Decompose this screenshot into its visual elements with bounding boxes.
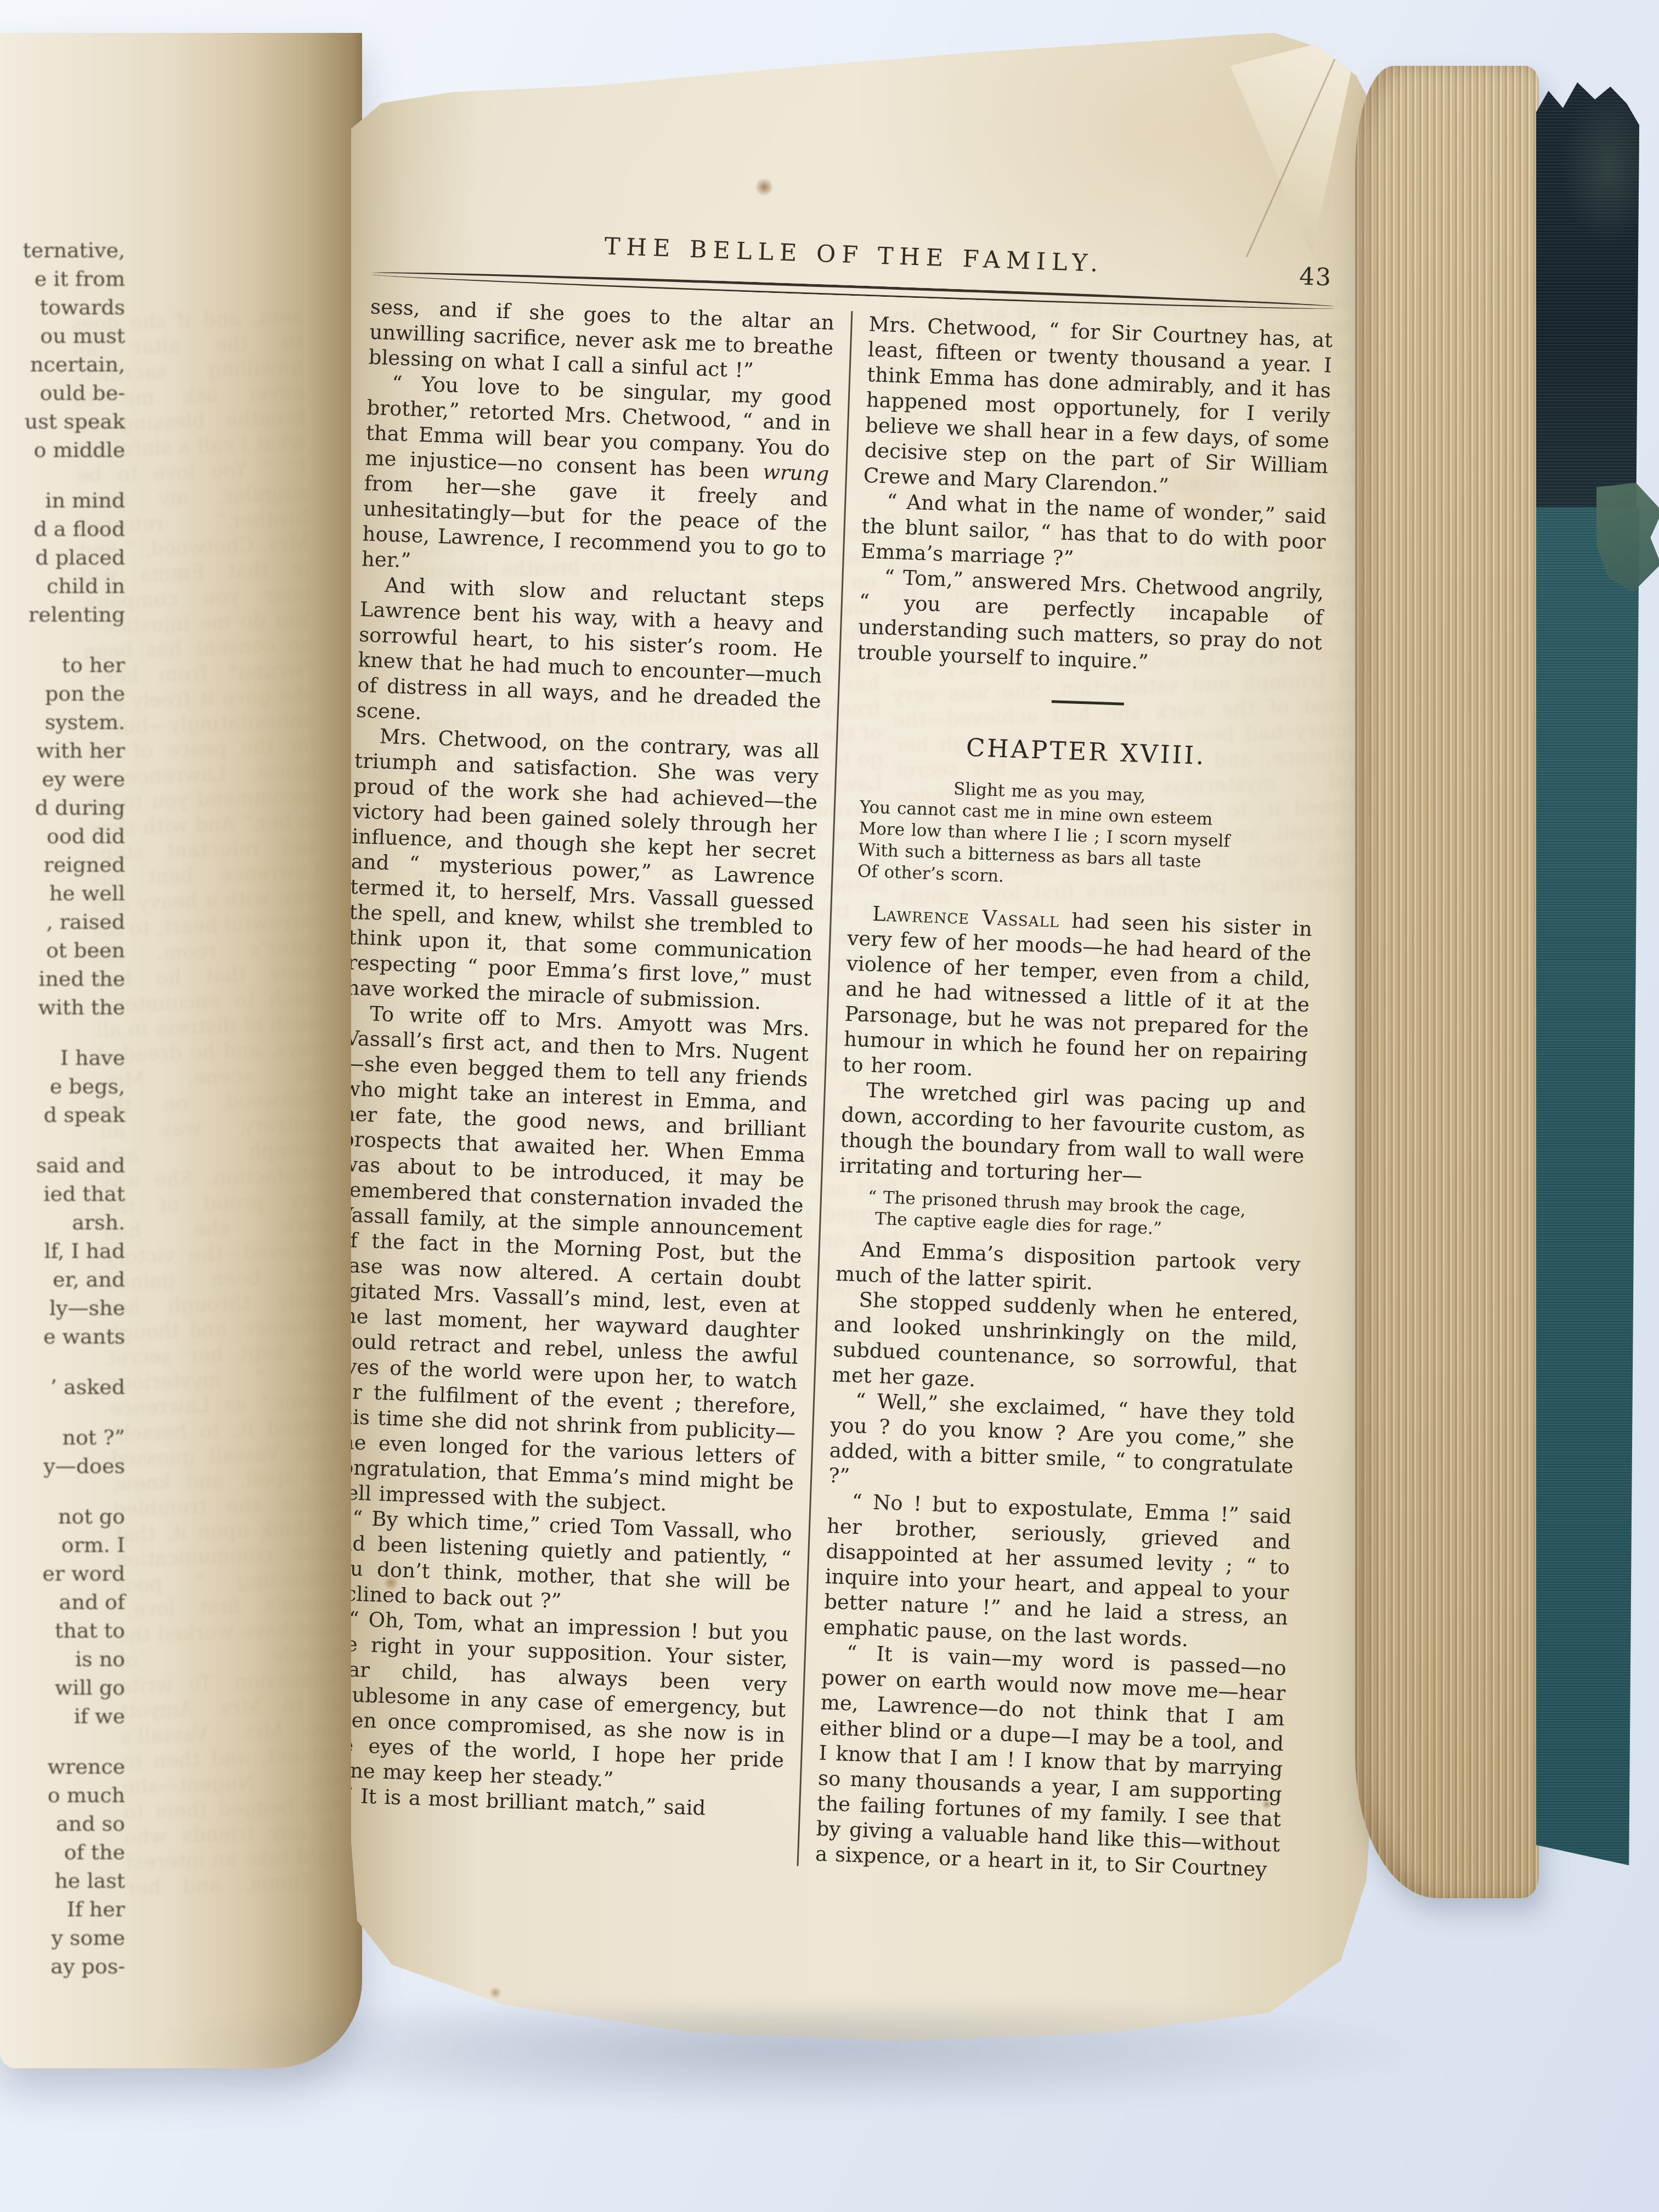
fragment-line: d during <box>0 793 125 822</box>
paragraph: “ Well,” she exclaimed, “ have they told… <box>828 1387 1296 1504</box>
fragment-gap <box>0 1480 125 1502</box>
paragraph: And with slow and reluctant steps Lawren… <box>356 572 825 739</box>
fragment-line: child in <box>0 572 125 600</box>
fragment-line: he last <box>0 1866 125 1895</box>
paragraph: “ Oh, Tom, what an impression ! but you … <box>319 1606 789 1798</box>
fragment-line: will go <box>0 1673 125 1702</box>
fragment-line: e begs, <box>0 1072 125 1101</box>
paragraph: “ You love to be singular, my good broth… <box>361 370 832 588</box>
text-column-left: sess, and if she goes to the altar an un… <box>317 294 834 1865</box>
fragment-line: d placed <box>0 543 125 572</box>
fragment-line: relenting <box>0 600 125 629</box>
page-content: THE BELLE OF THE FAMILY. 43 sess, and if… <box>289 31 1379 2073</box>
fragment-line: ncertain, <box>0 350 125 379</box>
fragment-line: said and <box>0 1151 125 1180</box>
italic-text: wrung <box>763 460 830 486</box>
paragraph: Mrs. Chetwood, on the contrary, was all … <box>346 723 820 1017</box>
fragment-line: o middle <box>0 436 125 464</box>
fragment-line: to her <box>0 651 125 679</box>
fragment-gap <box>0 629 125 651</box>
fragment-line: orm. I <box>0 1531 125 1559</box>
cloth-cover <box>1536 82 1639 1865</box>
fragment-gap <box>0 1401 125 1423</box>
fragment-line: er word <box>0 1559 125 1588</box>
fragment-gap <box>0 464 125 486</box>
fragment-line: ot been <box>0 936 125 964</box>
fragment-line: ’ asked <box>0 1373 125 1401</box>
fragment-line: in mind <box>0 486 125 515</box>
text-columns: sess, and if she goes to the altar an un… <box>317 294 1334 1883</box>
fragment-line: and of <box>0 1588 125 1616</box>
fragment-line: ey were <box>0 765 125 793</box>
fragment-line: not ?” <box>0 1423 125 1452</box>
page-block-fore-edge <box>1355 66 1539 1898</box>
paragraph: Lawrence Vassall had seen his sister in … <box>843 901 1313 1093</box>
text-column-right: Mrs. Chetwood, “ for Sir Courtney has, a… <box>797 311 1333 1883</box>
paragraph: Mrs. Chetwood, “ for Sir Courtney has, a… <box>863 312 1333 504</box>
chapter-heading: CHAPTER XVIII. <box>854 731 1318 772</box>
chapter-epigraph: Slight me as you may,You cannot cast me … <box>857 775 1317 898</box>
photo-background: { "page": { "running_head": "THE BELLE O… <box>0 0 1659 2212</box>
paragraph: “ By which time,” cried Tom Vassall, who… <box>325 1505 793 1622</box>
fragment-gap <box>0 1129 125 1151</box>
paragraph: To write off to Mrs. Amyott was Mrs. Vas… <box>329 1001 810 1521</box>
fragment-line: he well <box>0 879 125 907</box>
paragraph: “ It is vain—my word is passed—no power … <box>815 1640 1286 1883</box>
fragment-line: ood did <box>0 822 125 850</box>
fragment-line: y some <box>0 1923 125 1952</box>
fragment-gap <box>0 1351 125 1373</box>
fragment-line: e it from <box>0 264 125 293</box>
fragment-line: with her <box>0 736 125 765</box>
section-divider-rule <box>1052 700 1124 706</box>
cover-teal-cloth <box>1536 507 1639 1865</box>
fragment-line: ly—she <box>0 1294 125 1322</box>
fragment-gap <box>0 1022 125 1043</box>
paragraph: “ No ! but to expostulate, Emma !” said … <box>823 1488 1292 1656</box>
fragment-line: ternative, <box>0 236 125 264</box>
book-page: sess, and if she goes to the altar an un… <box>351 33 1372 2041</box>
fragment-line: system. <box>0 708 125 736</box>
fragment-line: arsh. <box>0 1208 125 1237</box>
book-photo: sess, and if she goes to the altar an un… <box>0 0 1659 2212</box>
fragment-line: d speak <box>0 1101 125 1129</box>
fragment-line: ied that <box>0 1180 125 1208</box>
fragment-line: not go <box>0 1502 125 1531</box>
book-shadow <box>143 2008 1437 2112</box>
fragment-line: I have <box>0 1043 125 1072</box>
small-caps-text: Lawrence Vassall <box>872 902 1059 932</box>
paragraph: The wretched girl was pacing up and down… <box>839 1077 1306 1194</box>
page-number: 43 <box>1299 263 1333 292</box>
facing-page: sess, and if she goes to the altar an un… <box>0 33 362 2068</box>
fragment-line: e wants <box>0 1322 125 1351</box>
fragment-line: pon the <box>0 679 125 708</box>
fragment-line: ould be- <box>0 379 125 407</box>
fragment-line: that to <box>0 1616 125 1645</box>
fragment-line: reigned <box>0 850 125 879</box>
page-header: THE BELLE OF THE FAMILY. 43 <box>372 225 1336 294</box>
fragment-line: towards <box>0 293 125 321</box>
fragment-line: and so <box>0 1809 125 1838</box>
fragment-line: ined the <box>0 964 125 993</box>
verse-quote: “ The prisoned thrush may brook the cage… <box>867 1187 1302 1245</box>
left-page-fragments: ternative,e it fromtowardsou mustncertai… <box>0 236 125 1980</box>
fragment-gap <box>0 1730 125 1752</box>
paragraph: She stopped suddenly when he entered, an… <box>832 1286 1299 1403</box>
fragment-line: ou must <box>0 321 125 350</box>
fragment-line: If her <box>0 1895 125 1923</box>
fragment-line: wrence <box>0 1752 125 1781</box>
fragment-line: o much <box>0 1781 125 1809</box>
fragment-line: of the <box>0 1838 125 1866</box>
paragraph: “ Tom,” answered Mrs. Chetwood angrily, … <box>857 564 1324 681</box>
fragment-line: ay pos- <box>0 1952 125 1980</box>
fragment-line: is no <box>0 1645 125 1673</box>
cover-worn-navy <box>1536 82 1639 510</box>
fragment-line: er, and <box>0 1265 125 1294</box>
fragment-line: y—does <box>0 1452 125 1480</box>
fragment-line: with the <box>0 993 125 1022</box>
fragment-line: if we <box>0 1702 125 1730</box>
fragment-line: ust speak <box>0 407 125 436</box>
fragment-line: d a flood <box>0 515 125 543</box>
fragment-line: lf, I had <box>0 1237 125 1265</box>
fragment-line: , raised <box>0 907 125 936</box>
